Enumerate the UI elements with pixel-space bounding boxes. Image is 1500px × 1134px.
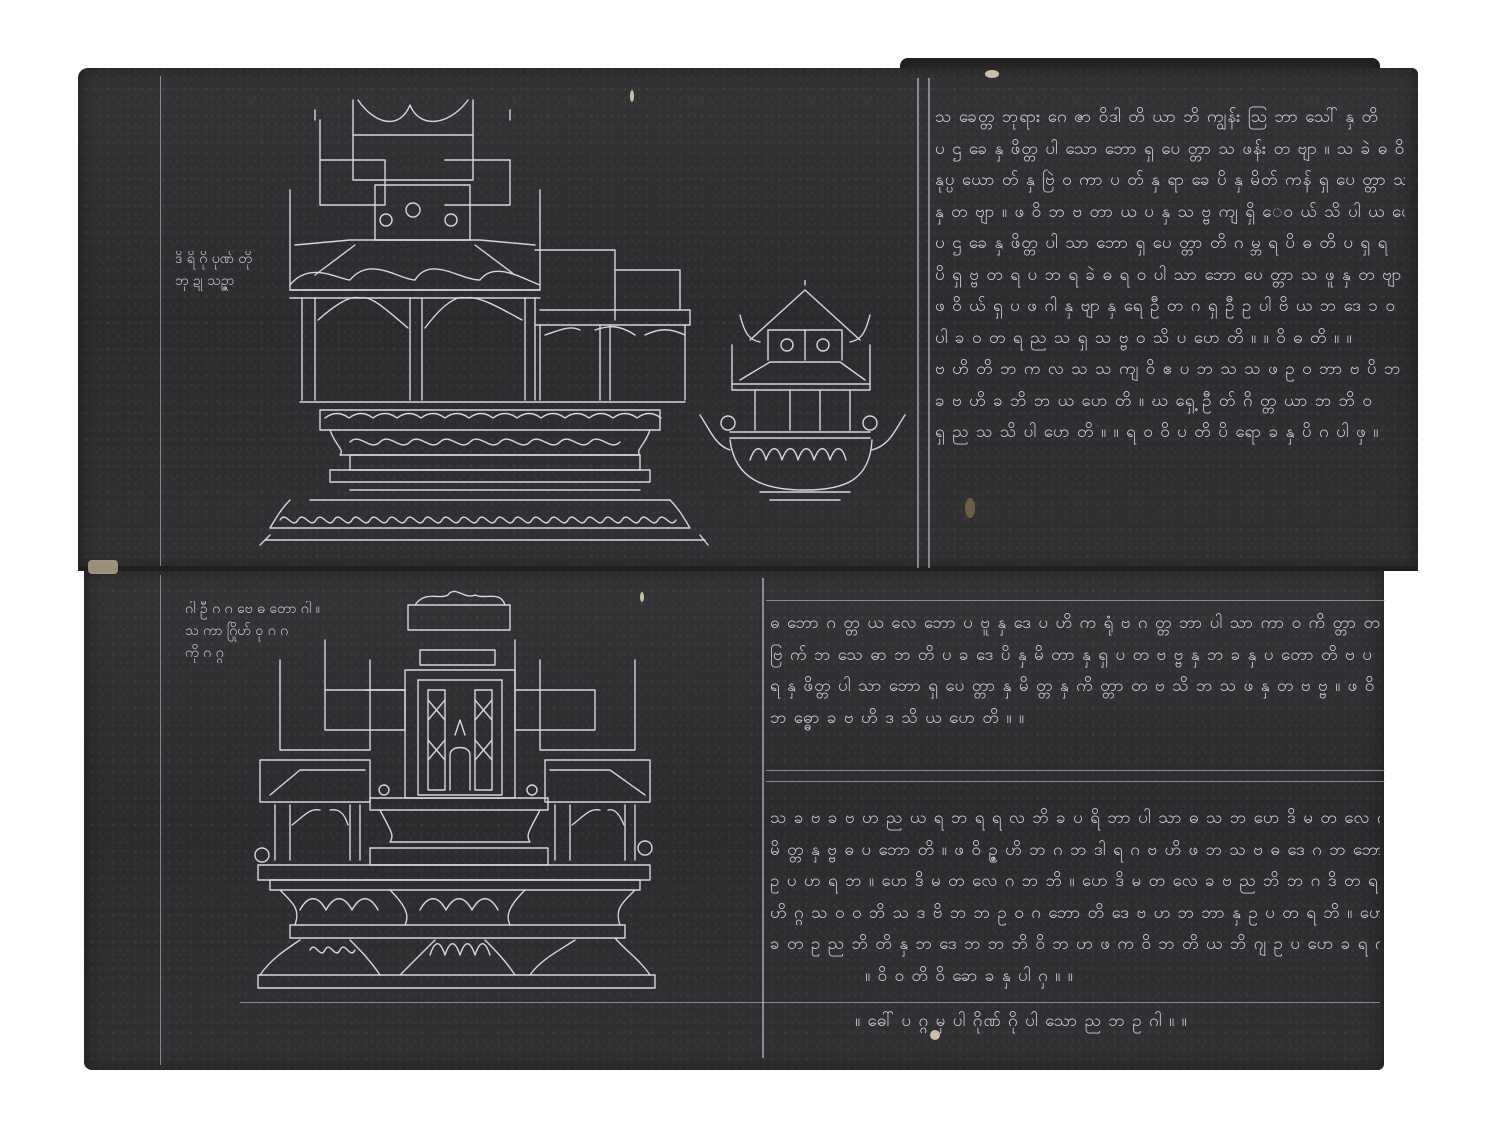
caption-line: ဒိ ရိ ဂို ပုဏ် တို (175, 248, 252, 270)
text-line: ဥ ပ ဟ ရ ဘ ။ ပော ဒိ မ တ လေ ဂ ဘ ဘိ ။ ပော ဒ… (770, 866, 1380, 898)
text-line: ဘ ဓ္ဓော ခ ဗ ဟိ ဒ သိ ယ ပော တိ ။ ။ (770, 703, 1380, 735)
text-line: ပိ ရှ ဗ္ဗ တ ရ ပ ဘ ရ ခဲ ဓ ရ ဝ ပါ သာ ဘော ပ… (935, 260, 1405, 292)
text-line: ။ ဓေါ် ပ ဂ္ဂ မှ ပါ ဂိုဏ် ဂို ပါ သော ည ဘ … (855, 1006, 1275, 1038)
text-line: ပါ ခ ဝ တ ရ ည သ ရှ သ ဗ္ဗ ဝ သိ ပ ပော တိ ။ … (935, 323, 1405, 355)
text-line: မိ တ္တ နှ ဗ္ဗ ဓ ပ ဘော တိ ။ ဖ ဝိ ဉ္ဇ ဟိ ဘ… (770, 835, 1380, 867)
text-line: ။ ဝိ ဝ တိ ဝိ ခော ခ နှ ပါ ဂှ ။ ။ (770, 961, 1380, 993)
wear-mark (930, 1030, 940, 1040)
text-line: ပ ဌ ခေ နှ ဖိတ္တ ပါ သာ ဘော ရှ ပေ တ္တာ တိ … (935, 228, 1405, 260)
caption-line: ဘု ဍု သဉ္ဇာ (175, 270, 252, 292)
text-line: ခ ဗ ဟိ ခ ဘိ ဘ ယ ပော တိ ။ ဃ ရှေ့ ဦ တ် ဂိ … (935, 386, 1405, 418)
top-drawing-caption: ဒိ ရိ ဂို ပုဏ် တို ဘု ဍု သဉ္ဇာ (175, 248, 252, 292)
text-line: ဓ ဘော ဂ တ္တ ယ လေ ဘော ပ ဗူ နှ ဒေ ပ ဟိ က ရ… (770, 608, 1380, 640)
bottom-text-block-2: သ ခ ဗ ခ ဗ ဟ ည ယ ရ ဘ ရ ရ လ ဘိ ခ ပ ရိ ဘာ ပ… (770, 803, 1380, 992)
top-text-block: သ ခေတ္တ ဘုရား ဂေ ဇာ ဝိဒါ တိ ယာ ဘိ ကျွန်း… (935, 102, 1405, 449)
text-line: ဖ ဝိ ယ် ရှ ပ ဖ ဂါ နှ ဗျာ နှ ရေ ဦ တ ဂ ရှ … (935, 291, 1405, 323)
multi-roof-throne-drawing (240, 580, 660, 1020)
column-divider (762, 578, 764, 1058)
text-line: နုပ္ပ ယော တ် နှ ဗြဲ ဝ ကာ ပ တ် နှ ရာ ခေ ပ… (935, 165, 1405, 197)
margin-rule (160, 76, 161, 566)
colophon-line: ။ ဓေါ် ပ ဂ္ဂ မှ ပါ ဂိုဏ် ဂို ပါ သော ည ဘ … (855, 1006, 1275, 1038)
text-line: ဗ ဟိ တိ ဘ က လ သ သ ကျ ဝိ ဧ ပ ဘ သ သ ဖ ဥ ဝ … (935, 354, 1405, 386)
text-line: သ ခေတ္တ ဘုရား ဂေ ဇာ ဝိဒါ တိ ယာ ဘိ ကျွန်း… (935, 102, 1405, 134)
wear-mark (640, 592, 644, 602)
text-frame-rule (766, 600, 1386, 601)
text-line: ဟိ ဂ္ဂ သ ဝ ဝ ဘိ သ ဒ ဗိ ဘ ဘ ဥ ဝ ဂ ဘော တိ … (770, 898, 1380, 930)
wear-mark (965, 498, 975, 518)
boat-pavilion-drawing (690, 280, 920, 520)
bottom-text-block-1: ဓ ဘော ဂ တ္တ ယ လေ ဘော ပ ဗူ နှ ဒေ ပ ဟိ က ရ… (770, 608, 1380, 734)
torn-fold-edge (88, 560, 118, 574)
text-line: ရှ ည သ သိ ပါ ပော တိ ။ ။ ရ ဝ ဝိ ပ တိ ပိ ရ… (935, 417, 1405, 449)
throne-pavilion-drawing (250, 80, 710, 560)
text-line: ဗြ က် ဘ သေ ဓာ ဘ တိ ပ ခ ဒေ ပိ နှ မိ တာ နှ… (770, 640, 1380, 672)
column-divider (928, 78, 930, 568)
text-line: ခ တ ဥ ည ဘိ တိ နှ ဘ ဒေ ဘ ဘ ဘိ ဝိ ဘ ဟ ဖ က … (770, 929, 1380, 961)
text-line: နှ တ ဗျာ ။ ဖ ဝိ ဘ ဗ တာ ယ ပ နှ သ ဗ္ဗ ကျ ရ… (935, 197, 1405, 229)
text-frame-rule (766, 781, 1386, 782)
wear-mark (630, 90, 634, 102)
text-line: ပ ဌ ခေ နှ ဖိတ္တ ပါ သော ဘော ရှ ပေ တ္တာ သ … (935, 134, 1405, 166)
text-frame-rule (766, 770, 1386, 771)
margin-rule (160, 575, 161, 1065)
parabaik-manuscript: ဒိ ရိ ဂို ပုဏ် တို ဘု ဍု သဉ္ဇာ (0, 0, 1500, 1134)
fold-crease (78, 566, 1418, 571)
text-line: သ ခ ဗ ခ ဗ ဟ ည ယ ရ ဘ ရ ရ လ ဘိ ခ ပ ရိ ဘာ ပ… (770, 803, 1380, 835)
wear-mark (985, 70, 999, 78)
text-line: ရ နှ ဖိတ္တ ပါ သာ ဘော ရှ ပေ တ္တာ နှ မိ တ္… (770, 671, 1380, 703)
